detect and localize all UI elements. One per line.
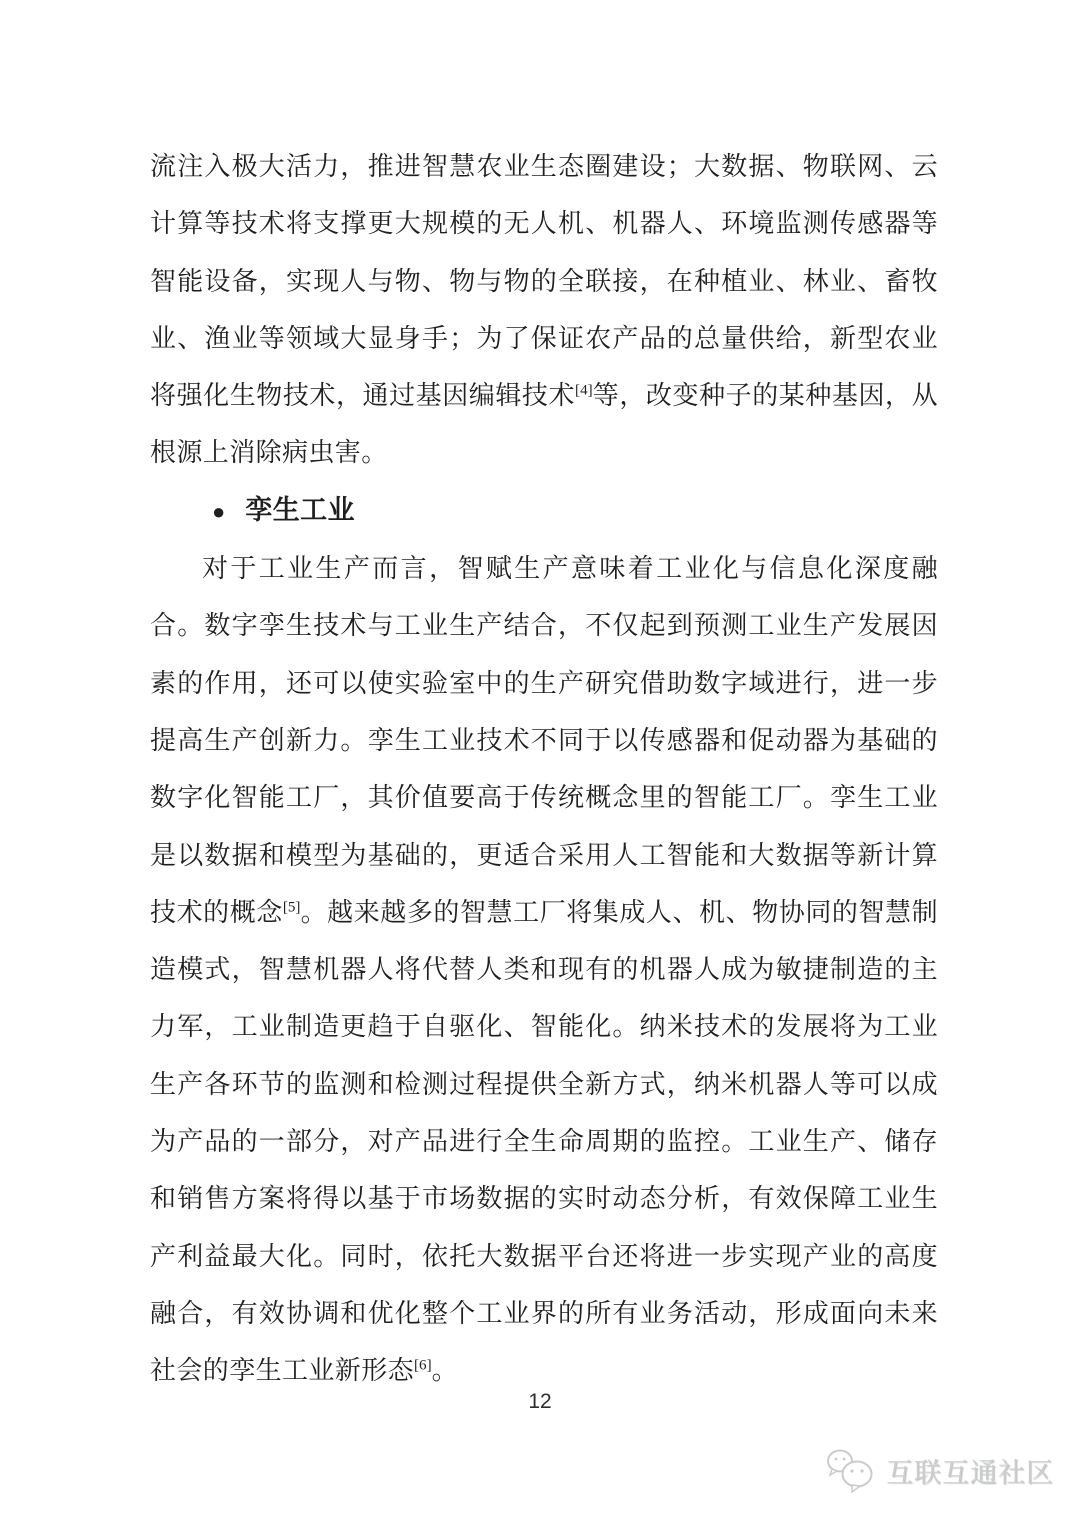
paragraph-smart-agriculture: 流注入极大活力，推进智慧农业生态圈建设；大数据、物联网、云计算等技术将支撑更大规… [150,138,938,482]
watermark: 互联互通社区 [824,1446,1054,1494]
paragraph-text: 。越来越多的智慧工厂将集成人、机、物协同的智慧制造模式，智慧机器人将代替人类和现… [150,898,938,1385]
paragraph-text: 。 [432,1356,458,1385]
citation-ref-5: [5] [283,899,301,915]
page-number: 12 [0,1390,1080,1414]
paragraph-text: 对于工业生产而言，智赋生产意味着工业化与信息化深度融合。数字孪生技术与工业生产结… [150,554,938,927]
paragraph-twin-industry: 对于工业生产而言，智赋生产意味着工业化与信息化深度融合。数字孪生技术与工业生产结… [150,540,938,1399]
watermark-label: 互联互通社区 [886,1451,1054,1490]
citation-ref-6: [6] [414,1358,432,1374]
body-text: 流注入极大活力，推进智慧农业生态圈建设；大数据、物联网、云计算等技术将支撑更大规… [150,138,938,1400]
document-page: 流注入极大活力，推进智慧农业生态圈建设；大数据、物联网、云计算等技术将支撑更大规… [0,0,1080,1526]
citation-ref-4: [4] [575,383,593,399]
wechat-icon [824,1446,878,1494]
bullet-icon: ● [212,483,225,540]
section-heading-label: 孪生工业 [245,495,355,525]
section-heading-twin-industry: ●孪生工业 [150,482,938,540]
paragraph-text: 流注入极大活力，推进智慧农业生态圈建设；大数据、物联网、云计算等技术将支撑更大规… [150,152,938,410]
